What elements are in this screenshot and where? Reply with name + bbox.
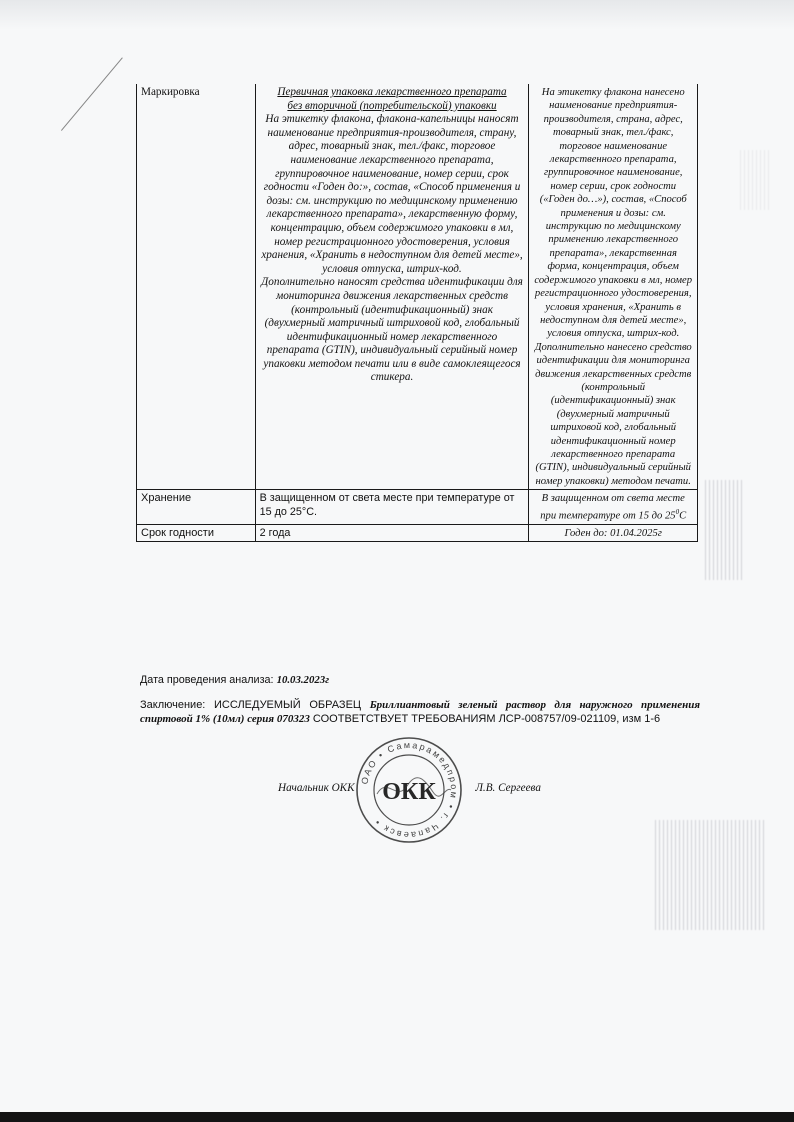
- result-cell: Годен до: 01.04.2025г: [529, 524, 698, 542]
- conclusion: Заключение: ИССЛЕДУЕМЫЙ ОБРАЗЕЦ Бриллиан…: [140, 699, 700, 726]
- table-row-shelf-life: Срок годности 2 года Годен до: 01.04.202…: [137, 524, 698, 542]
- table-row-marking: Маркировка Первичная упаковка лекарствен…: [137, 84, 698, 490]
- requirement-text-extra: Дополнительно наносят средства идентифик…: [260, 276, 525, 385]
- scan-noise: [705, 480, 745, 580]
- result-cell: На этикетку флакона нанесено наименовани…: [529, 84, 698, 490]
- requirement-cell: 2 года: [255, 524, 529, 542]
- result-unit: С: [679, 510, 686, 521]
- scan-edge-top: [0, 0, 794, 30]
- scan-noise: [740, 150, 770, 210]
- signatory-title: Начальник ОКК: [278, 782, 355, 794]
- result-cell: В защищенном от света месте при температ…: [529, 490, 698, 524]
- requirement-cell: Первичная упаковка лекарственного препар…: [255, 84, 529, 490]
- requirement-heading: Первичная упаковка лекарственного препар…: [260, 86, 525, 100]
- analysis-date: Дата проведения анализа: 10.03.2023г: [140, 674, 329, 686]
- table-row-storage: Хранение В защищенном от света месте при…: [137, 490, 698, 524]
- scan-edge-bottom: [0, 1112, 794, 1122]
- conclusion-subject: ИССЛЕДУЕМЫЙ ОБРАЗЕЦ: [214, 699, 361, 711]
- result-text-extra: Дополнительно нанесено средство идентифи…: [533, 341, 693, 488]
- requirement-text: На этикетку флакона, флакона-капельницы …: [260, 113, 525, 276]
- conclusion-label: Заключение:: [140, 699, 205, 711]
- result-text: В защищенном от света месте при температ…: [540, 493, 685, 521]
- scan-artifact-line: [61, 57, 123, 130]
- conclusion-verdict: СООТВЕТСТВУЕТ ТРЕБОВАНИЯМ ЛСР-008757/09-…: [313, 713, 660, 725]
- param-cell: Хранение: [137, 490, 256, 524]
- result-text: На этикетку флакона нанесено наименовани…: [533, 86, 693, 341]
- signatory-name: Л.В. Сергеева: [475, 782, 541, 794]
- param-cell: Срок годности: [137, 524, 256, 542]
- requirement-heading: без вторичной (потребительской) упаковки: [260, 100, 525, 114]
- analysis-date-label: Дата проведения анализа:: [140, 674, 274, 686]
- scan-noise: [655, 820, 765, 930]
- requirement-cell: В защищенном от света месте при температ…: [255, 490, 529, 524]
- quality-spec-table: Маркировка Первичная упаковка лекарствен…: [136, 84, 698, 542]
- analysis-date-value: 10.03.2023г: [277, 674, 330, 686]
- param-cell: Маркировка: [137, 84, 256, 490]
- official-stamp-icon: ОАО • Самарамедпром • г. Чапаевск • ОКК: [355, 736, 463, 844]
